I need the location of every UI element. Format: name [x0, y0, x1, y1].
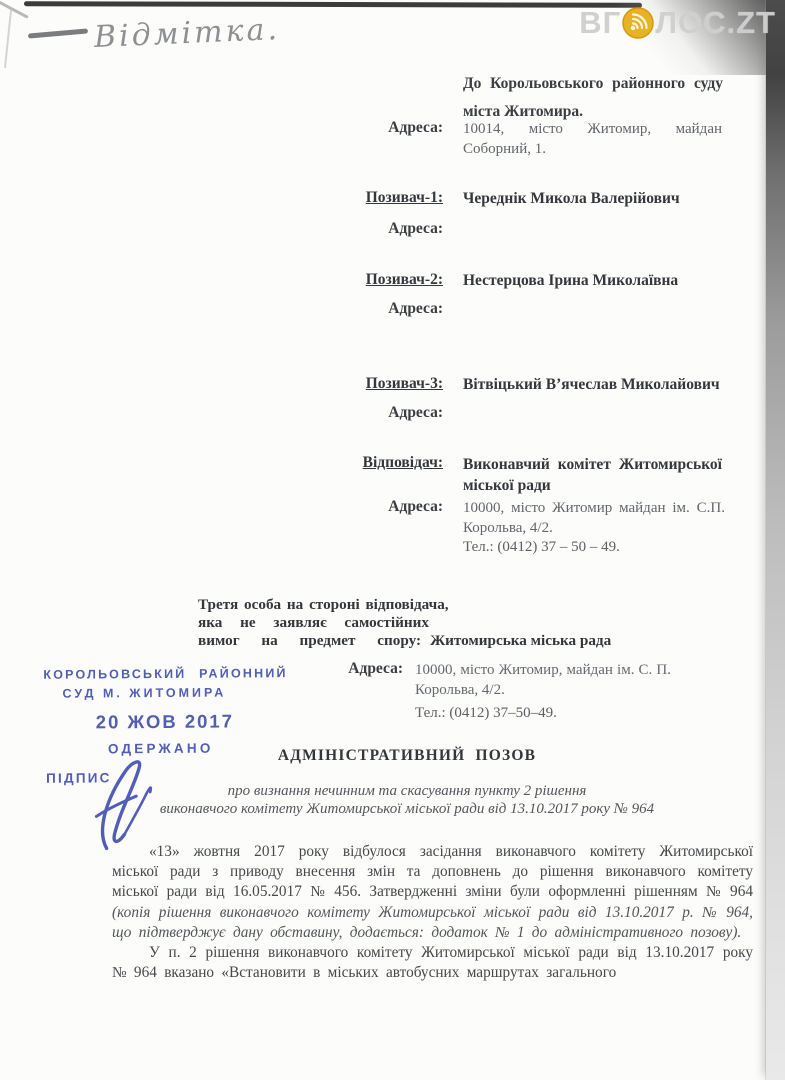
defendant-address: 10000, місто Житомир майдан ім. С.П. Кор… [463, 498, 725, 538]
defendant-label: Відповідач: [363, 454, 443, 472]
scan-left-corner [4, 10, 12, 68]
stamp-date: 20 ЖОВ 2017 [96, 710, 234, 733]
defendant-name: Виконавчий комітет Житомирської міської … [463, 454, 722, 496]
third-party-line3: вимог на предмет спору:Житомирська міськ… [198, 632, 611, 650]
handwritten-note: Відмітка. [93, 12, 280, 55]
third-party-address: 10000, місто Житомир, майдан ім. С. П. К… [415, 660, 671, 700]
defendant-address-label: Адреса: [388, 498, 443, 516]
scan-right-edge [766, 0, 785, 1080]
body-paragraph-2: У п. 2 рішення виконавчого комітету Жито… [112, 943, 753, 983]
third-party-line3-intro: вимог на предмет спору: [198, 632, 421, 649]
plaintiff1-label: Позивач-1: [366, 189, 443, 207]
third-party-address-label: Адреса: [348, 660, 403, 678]
document-subtitle: про визнання нечинним та скасування пунк… [62, 782, 752, 818]
recipient-court: До Корольовського районного суду міста Ж… [463, 70, 723, 126]
plaintiff2-name: Нестерцова Ірина Миколаївна [463, 271, 763, 291]
plaintiff1-name: Череднік Микола Валерійович [463, 189, 763, 209]
document-title: АДМІНІСТРАТИВНИЙ ПОЗОВ [62, 747, 752, 765]
third-party-name: Житомирська міська рада [430, 632, 611, 649]
third-party-line2: яка не заявляє самостійних [198, 614, 429, 632]
paragraph1-normal: «13» жовтня 2017 року відбулося засіданн… [112, 843, 753, 900]
recipient-address: 10014, місто Житомир, майдан Соборний, 1… [463, 119, 722, 159]
subtitle-line1: про визнання нечинним та скасування пунк… [62, 782, 752, 800]
scanned-document-page: ВГ ЛОС.ZT Відмітка. До Корольовського ра… [0, 0, 785, 1080]
third-party-line1: Третя особа на стороні відповідача, [198, 596, 449, 614]
plaintiff3-label: Позивач-3: [366, 375, 443, 393]
watermark-text-right: ЛОС.ZT [655, 5, 776, 41]
body-paragraph-1: «13» жовтня 2017 року відбулося засіданн… [112, 842, 753, 943]
defendant-phone: Тел.: (0412) 37 – 50 – 49. [463, 539, 620, 556]
scan-top-edge [24, 1, 642, 8]
sound-wave-circle-icon [622, 7, 654, 39]
recipient-address-label: Адреса: [388, 119, 443, 137]
paragraph1-italic: (копія рішення виконавчого комітету Жито… [112, 904, 753, 941]
plaintiff1-address-label: Адреса: [388, 220, 443, 238]
watermark-text-left: ВГ [579, 5, 621, 41]
stamp-court-line1: КОРОЛЬОВСЬКИЙ РАЙОННИЙ [43, 666, 287, 682]
plaintiff2-label: Позивач-2: [366, 271, 443, 289]
plaintiff3-name: Вітвіцький В’ячеслав Миколайович [463, 375, 763, 395]
stamp-court-line2: СУД М. ЖИТОМИРА [62, 686, 226, 701]
subtitle-line2: виконавчого комітету Житомирської місько… [62, 800, 752, 818]
body-text: «13» жовтня 2017 року відбулося засіданн… [112, 842, 753, 983]
third-party-phone: Тел.: (0412) 37–50–49. [415, 705, 557, 722]
pencil-dash-mark [28, 28, 88, 38]
plaintiff3-address-label: Адреса: [388, 404, 443, 422]
watermark-logo: ВГ ЛОС.ZT [579, 5, 776, 41]
plaintiff2-address-label: Адреса: [388, 300, 443, 318]
